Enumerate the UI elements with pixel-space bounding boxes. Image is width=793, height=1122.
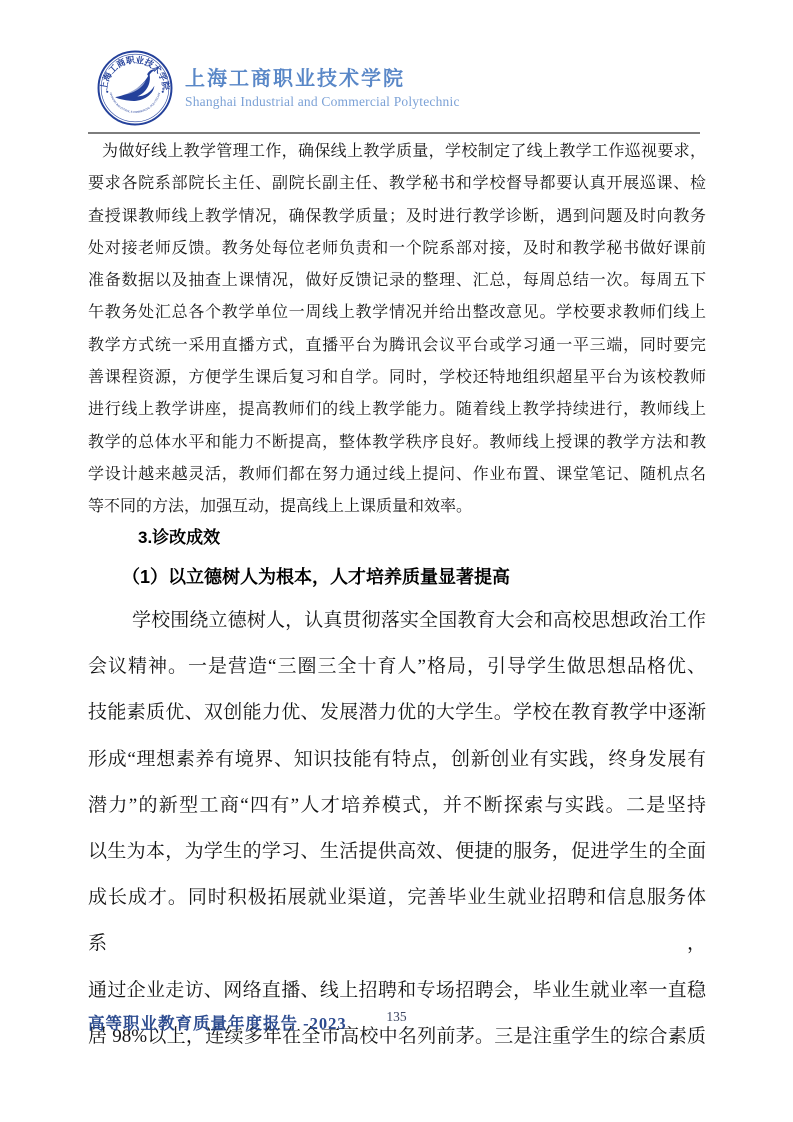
- body-text-line: 要求各院系部院长主任、副院长副主任、教学秘书和学校督导都要认真开展巡课、检: [88, 168, 706, 200]
- header-divider: [88, 132, 700, 134]
- school-name-en: Shanghai Industrial and Commercial Polyt…: [185, 94, 460, 110]
- body-text-line: 学校围绕立德树人，认真贯彻落实全国教育大会和高校思想政治工作: [88, 598, 706, 644]
- school-name-block: 上海工商职业技术学院 Shanghai Industrial and Comme…: [185, 66, 460, 110]
- page-header: 上海工商职业技术学院 SHANGHAI INDUSTRIAL & COMMERC…: [97, 50, 460, 126]
- body-text-line: 善课程资源，方便学生课后复习和自学。同时，学校还特地组织超星平台为该校教师: [88, 362, 706, 394]
- body-text-line: 查授课教师线上教学情况，确保教学质量；及时进行教学诊断，遇到问题及时向教务: [88, 201, 706, 233]
- body-text-line: 以生为本，为学生的学习、生活提供高效、便捷的服务，促进学生的全面: [88, 829, 706, 875]
- body-text-line: 进行线上教学讲座，提高教师们的线上教学能力。随着线上教学持续进行，教师线上: [88, 394, 706, 426]
- body-text-line: 学设计越来越灵活，教师们都在努力通过线上提问、作业布置、课堂笔记、随机点名: [88, 459, 706, 491]
- paragraph-moral-education: 学校围绕立德树人，认真贯彻落实全国教育大会和高校思想政治工作会议精神。一是营造“…: [88, 598, 706, 1060]
- school-seal-icon: 上海工商职业技术学院 SHANGHAI INDUSTRIAL & COMMERC…: [97, 50, 173, 126]
- body-text-line: 教学方式统一采用直播方式，直播平台为腾讯会议平台或学习通一平三端，同时要完: [88, 330, 706, 362]
- body-text-line: 午教务处汇总各个教学单位一周线上教学情况并给出整改意见。学校要求教师们线上: [88, 297, 706, 329]
- body-text-line: 形成“理想素养有境界、知识技能有特点，创新创业有实践，终身发展有: [88, 737, 706, 783]
- school-name-zh: 上海工商职业技术学院: [185, 68, 460, 90]
- document-page: 上海工商职业技术学院 SHANGHAI INDUSTRIAL & COMMERC…: [0, 0, 793, 1122]
- body-text-line: 准备数据以及抽查上课情况，做好反馈记录的整理、汇总，每周总结一次。每周五下: [88, 265, 706, 297]
- paragraph-online-teaching: 为做好线上教学管理工作，确保线上教学质量，学校制定了线上教学工作巡视要求，要求各…: [88, 136, 706, 524]
- body-text-line: 为做好线上教学管理工作，确保线上教学质量，学校制定了线上教学工作巡视要求，: [88, 136, 706, 168]
- body-text-line: 教学的总体水平和能力不断提高，整体教学秩序良好。教师线上授课的教学方法和教: [88, 427, 706, 459]
- section-heading: 3.诊改成效: [88, 524, 756, 552]
- body-text-line: 潜力”的新型工商“四有”人才培养模式，并不断探索与实践。二是坚持: [88, 783, 706, 829]
- body-text-line: 等不同的方法，加强互动，提高线上上课质量和效率。: [88, 491, 706, 523]
- body-text-line: 处对接老师反馈。教务处每位老师负责和一个院系部对接，及时和教学秘书做好课前: [88, 233, 706, 265]
- body-text-line: 会议精神。一是营造“三圈三全十育人”格局，引导学生做思想品格优、: [88, 644, 706, 690]
- body-text-line: 通过企业走访、网络直播、线上招聘和专场招聘会，毕业生就业率一直稳: [88, 968, 706, 1014]
- subsection-heading: （1）以立德树人为根本，人才培养质量显著提高: [88, 562, 740, 592]
- body-text-line: 技能素质优、双创能力优、发展潜力优的大学生。学校在教育教学中逐渐: [88, 690, 706, 736]
- body-text-line: 成长成才。同时积极拓展就业渠道，完善毕业生就业招聘和信息服务体系，: [88, 875, 706, 967]
- page-number: 135: [0, 1009, 793, 1025]
